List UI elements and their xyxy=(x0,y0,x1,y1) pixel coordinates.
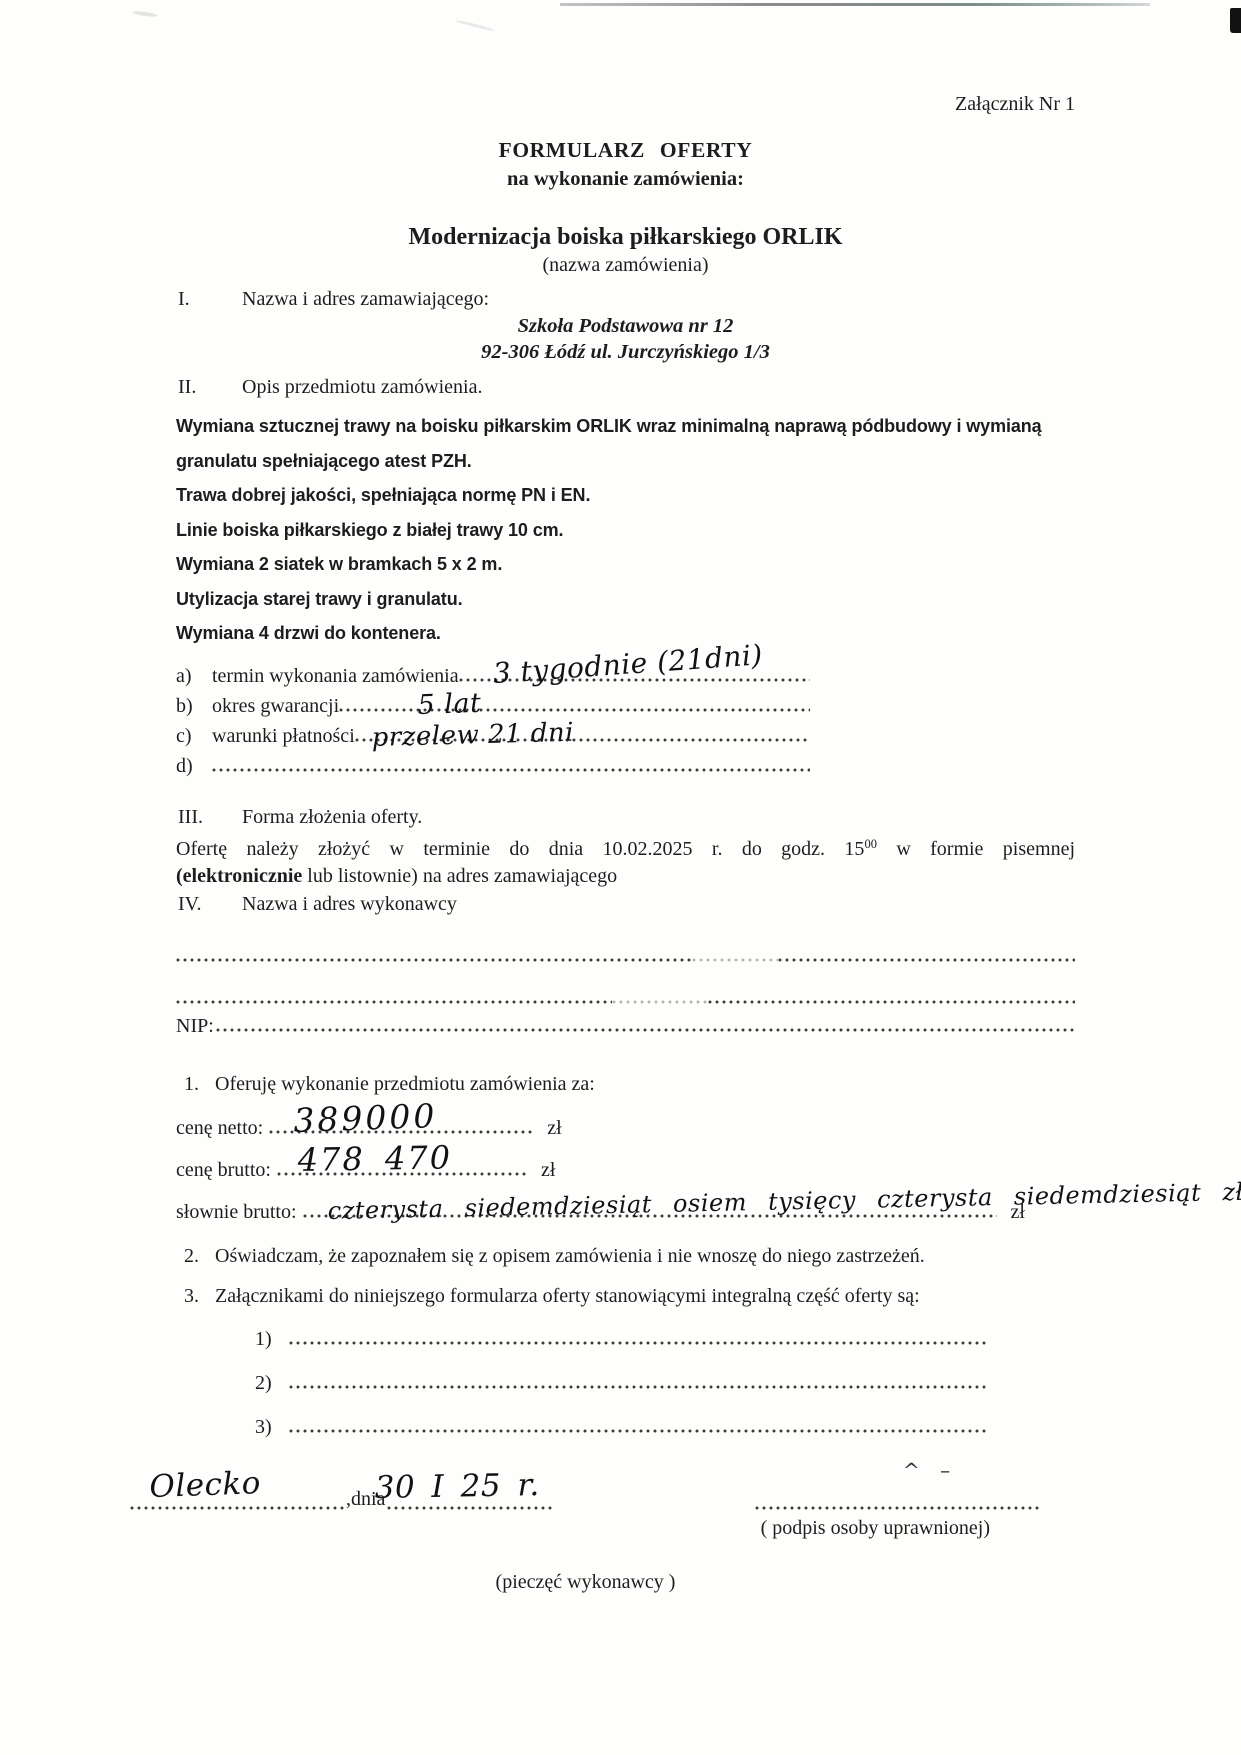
scan-artifact-corner-mark xyxy=(1230,8,1241,33)
dotted-blank xyxy=(778,958,1075,962)
net-price-row: cenę netto: zł 389000 xyxy=(176,1114,1075,1142)
attachment-number: 1) xyxy=(255,1326,289,1352)
term-item-c: c) warunki płatności przelew 21 dni xyxy=(176,721,810,751)
dotted-blank xyxy=(176,958,692,962)
section-i-numeral: I. xyxy=(176,285,242,313)
item-text: Oświadczam, że zapoznałem się z opisem z… xyxy=(215,1242,925,1270)
description-line: Wymiana 4 drzwi do kontenera. xyxy=(176,616,1075,651)
attachment-blank-row: 3) xyxy=(176,1414,1075,1440)
handwritten-gross-price: 478 470 xyxy=(297,1141,452,1176)
dotted-blank-faded xyxy=(612,1000,708,1004)
deadline-paragraph: Ofertę należy złożyć w terminie do dnia … xyxy=(176,831,1075,863)
term-key: d) xyxy=(176,751,212,781)
section-i-title: Nazwa i adres zamawiającego: xyxy=(242,285,489,313)
stray-pen-mark: ^ – xyxy=(903,1460,957,1480)
form-subtitle: na wykonanie zamówienia: xyxy=(176,165,1075,194)
dotted-blank xyxy=(708,1000,1075,1004)
buyer-name: Szkoła Podstawowa nr 12 xyxy=(176,313,1075,339)
amount-in-words-label: słownie brutto: xyxy=(176,1198,303,1226)
attachment-blank-row: 1) xyxy=(176,1326,1075,1352)
item-text: Załącznikami do niniejszego formularza o… xyxy=(215,1282,920,1310)
form-title: FORMULARZ OFERTY xyxy=(176,136,1075,165)
deadline-rest-part: lub listownie) na adres zamawiającego xyxy=(307,865,617,887)
place-line: Olecko xyxy=(130,1506,344,1510)
offer-item-3: 3. Załącznikami do niniejszego formularz… xyxy=(176,1282,1075,1310)
dotted-blank xyxy=(289,1429,989,1433)
handwritten-date: 30 I 25 r. xyxy=(375,1470,540,1504)
deadline-line2: (elektronicznie lub listownie) na adres … xyxy=(176,863,1075,890)
order-description: Wymiana sztucznej trawy na boisku piłkar… xyxy=(176,409,1075,651)
term-item-d: d) xyxy=(176,751,810,781)
offer-item-1: 1. Oferuję wykonanie przedmiotu zamówien… xyxy=(176,1070,1075,1098)
order-name: Modernizacja boiska piłkarskiego ORLIK xyxy=(176,222,1075,252)
term-label: termin wykonania zamówienia xyxy=(212,661,459,691)
scan-speckle xyxy=(132,10,158,18)
vendor-name-line-2 xyxy=(176,986,1075,1004)
currency-label: zł xyxy=(533,1114,561,1142)
dotted-blank xyxy=(212,768,810,772)
attachments-list: 1) 2) 3) xyxy=(176,1326,1075,1440)
currency-label: zł xyxy=(527,1156,555,1184)
buyer-address: 92-306 Łódź ul. Jurczyńskiego 1/3 xyxy=(176,339,1075,365)
handwritten-net-price: 389000 xyxy=(293,1098,438,1136)
description-line: Wymiana 2 siatek w bramkach 5 x 2 m. xyxy=(176,547,1075,582)
handwritten-payment-value: przelew 21 dni xyxy=(371,719,574,750)
dotted-blank xyxy=(216,1028,1075,1032)
term-key: b) xyxy=(176,691,212,721)
term-key: a) xyxy=(176,661,212,691)
net-price-label: cenę netto: xyxy=(176,1114,269,1142)
stamp-caption: (pieczęć wykonawcy ) xyxy=(496,1568,676,1596)
dotted-blank xyxy=(289,1385,989,1389)
deadline-superscript: 00 xyxy=(864,837,877,851)
section-ii-numeral: II. xyxy=(176,373,242,401)
item-number: 1. xyxy=(184,1070,215,1098)
attachment-blank-row: 2) xyxy=(176,1370,1075,1396)
section-ii-title: Opis przedmiotu zamówienia. xyxy=(242,373,483,401)
attachment-label: Załącznik Nr 1 xyxy=(176,92,1075,116)
item-text: Oferuję wykonanie przedmiotu zamówienia … xyxy=(215,1070,595,1098)
section-ii-heading: II. Opis przedmiotu zamówienia. xyxy=(176,373,1075,401)
dotted-blank-faded xyxy=(692,958,778,962)
offer-item-2: 2. Oświadczam, że zapoznałem się z opise… xyxy=(176,1242,1075,1270)
deadline-bold-part: (elektronicznie xyxy=(176,865,302,887)
term-key: c) xyxy=(176,721,212,751)
gross-price-label: cenę brutto: xyxy=(176,1156,277,1184)
signature-caption: ( podpis osoby uprawnionej) xyxy=(176,1514,1075,1542)
deadline-text-end: w formie pisemnej xyxy=(896,838,1075,860)
attachment-number: 2) xyxy=(255,1370,289,1396)
section-iv-numeral: IV. xyxy=(176,890,242,918)
form-content: Załącznik Nr 1 FORMULARZ OFERTY na wykon… xyxy=(176,0,1075,1596)
handwritten-warranty-value: 5 lat xyxy=(417,689,482,718)
scanned-offer-form-page: Załącznik Nr 1 FORMULARZ OFERTY na wykon… xyxy=(0,0,1241,1755)
description-line: Utylizacja starej trawy i granulatu. xyxy=(176,582,1075,617)
term-item-a: a) termin wykonania zamówienia 3 tygodni… xyxy=(176,661,810,691)
handwritten-place: Olecko xyxy=(149,1468,262,1503)
dotted-blank xyxy=(339,708,810,712)
order-name-caption: (nazwa zamówienia) xyxy=(176,252,1075,279)
vendor-name-line-1 xyxy=(176,944,1075,962)
nip-row: NIP: xyxy=(176,1012,1075,1040)
gross-price-row: cenę brutto: zł 478 470 xyxy=(176,1156,1075,1184)
signature-line: ^ – xyxy=(755,1506,1040,1510)
section-iv-title: Nazwa i adres wykonawcy xyxy=(242,890,457,918)
dotted-blank xyxy=(176,1000,612,1004)
item-number: 2. xyxy=(184,1242,215,1270)
amount-in-words-row: słownie brutto: zł czterysta siedemdzies… xyxy=(176,1198,1075,1226)
term-item-b: b) okres gwarancji 5 lat xyxy=(176,691,810,721)
attachment-number: 3) xyxy=(255,1414,289,1440)
description-line: Trawa dobrej jakości, spełniająca normę … xyxy=(176,478,1075,513)
nip-label: NIP: xyxy=(176,1012,216,1040)
section-i-heading: I. Nazwa i adres zamawiającego: xyxy=(176,285,1075,313)
section-iii-numeral: III. xyxy=(176,803,242,831)
deadline-text: Ofertę należy złożyć w terminie do dnia … xyxy=(176,838,864,860)
description-line: Wymiana sztucznej trawy na boisku piłkar… xyxy=(176,409,1075,444)
date-line: 30 I 25 r. xyxy=(387,1506,555,1510)
item-number: 3. xyxy=(184,1282,215,1310)
dotted-blank xyxy=(289,1341,989,1345)
description-line: Linie boiska piłkarskiego z białej trawy… xyxy=(176,513,1075,548)
title-block: FORMULARZ OFERTY na wykonanie zamówienia… xyxy=(176,136,1075,194)
scan-artifact-line xyxy=(560,3,1150,6)
term-label: warunki płatności xyxy=(212,721,355,751)
place-date-signature-row: Olecko ,dnia 30 I 25 r. ^ – xyxy=(130,1466,1075,1510)
term-label: okres gwarancji xyxy=(212,691,339,721)
section-iv-heading: IV. Nazwa i adres wykonawcy xyxy=(176,890,1075,918)
section-iii-title: Forma złożenia oferty. xyxy=(242,803,422,831)
description-line: granulatu spełniającego atest PZH. xyxy=(176,444,1075,479)
section-iii-heading: III. Forma złożenia oferty. xyxy=(176,803,1075,831)
terms-list: a) termin wykonania zamówienia 3 tygodni… xyxy=(176,661,810,781)
